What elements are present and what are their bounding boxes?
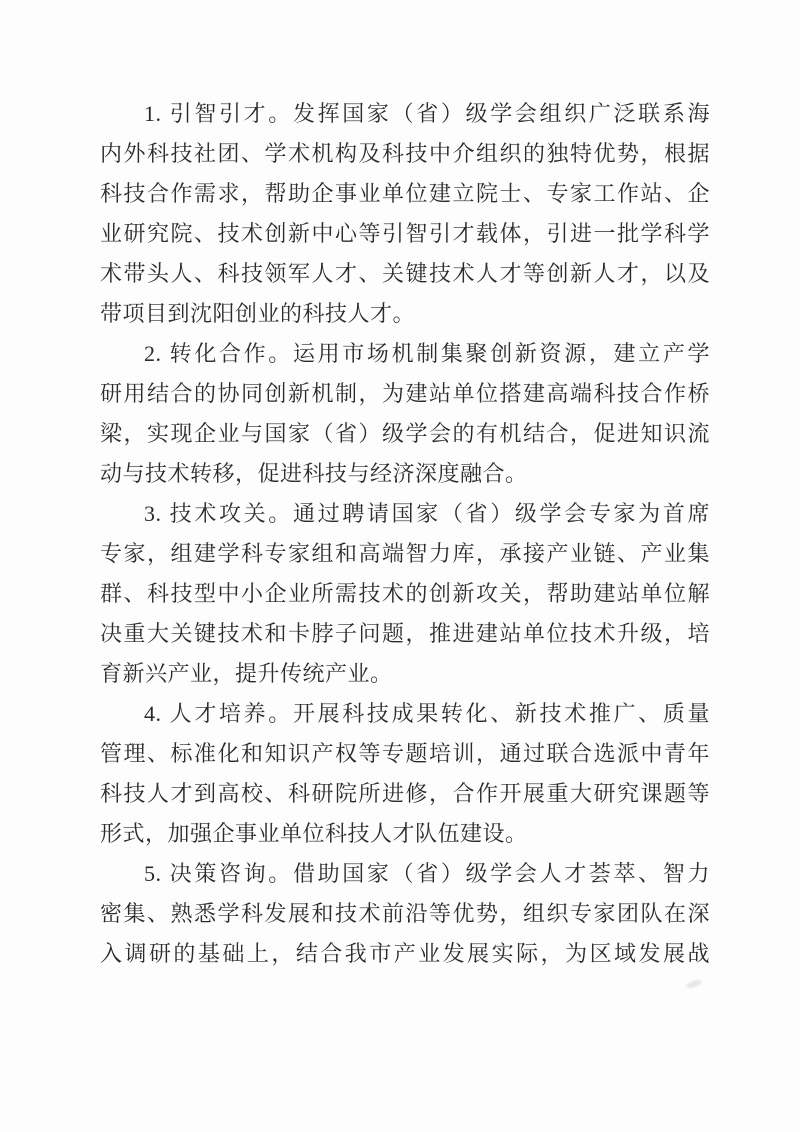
- paragraph-4: 4. 人才培养。开展科技成果转化、新技术推广、质量 管理、标准化和知识产权等专题…: [100, 694, 710, 854]
- text-line: 动与技术转移，促进科技与经济深度融合。: [100, 454, 710, 494]
- text-line: 决重大关键技术和卡脖子问题，推进建站单位技术升级，培: [100, 614, 710, 654]
- text-line: 梁，实现企业与国家（省）级学会的有机结合，促进知识流: [100, 414, 710, 454]
- text-line: 科技人才到高校、科研院所进修，合作开展重大研究课题等: [100, 774, 710, 814]
- text-line: 群、科技型中小企业所需技术的创新攻关，帮助建站单位解: [100, 574, 710, 614]
- text-line: 形式，加强企事业单位科技人才队伍建设。: [100, 814, 710, 854]
- scan-smudge-artifact: [685, 979, 702, 990]
- paragraph-5: 5. 决策咨询。借助国家（省）级学会人才荟萃、智力 密集、熟悉学科发展和技术前沿…: [100, 854, 710, 974]
- paragraph-2: 2. 转化合作。运用市场机制集聚创新资源，建立产学 研用结合的协同创新机制，为建…: [100, 334, 710, 494]
- text-line: 1. 引智引才。发挥国家（省）级学会组织广泛联系海: [100, 94, 710, 134]
- text-line: 育新兴产业，提升传统产业。: [100, 654, 710, 694]
- text-line: 业研究院、技术创新中心等引智引才载体，引进一批学科学: [100, 214, 710, 254]
- text-line: 科技合作需求，帮助企事业单位建立院士、专家工作站、企: [100, 174, 710, 214]
- text-line: 术带头人、科技领军人才、关键技术人才等创新人才，以及: [100, 254, 710, 294]
- text-line: 4. 人才培养。开展科技成果转化、新技术推广、质量: [100, 694, 710, 734]
- text-line: 专家，组建学科专家组和高端智力库，承接产业链、产业集: [100, 534, 710, 574]
- text-line: 3. 技术攻关。通过聘请国家（省）级学会专家为首席: [100, 494, 710, 534]
- text-line: 5. 决策咨询。借助国家（省）级学会人才荟萃、智力: [100, 854, 710, 894]
- text-line: 内外科技社团、学术机构及科技中介组织的独特优势，根据: [100, 134, 710, 174]
- body-text: 1. 引智引才。发挥国家（省）级学会组织广泛联系海 内外科技社团、学术机构及科技…: [100, 94, 710, 974]
- text-line: 入调研的基础上，结合我市产业发展实际，为区域发展战: [100, 934, 710, 974]
- document-page: 1. 引智引才。发挥国家（省）级学会组织广泛联系海 内外科技社团、学术机构及科技…: [0, 0, 800, 1132]
- text-line: 密集、熟悉学科发展和技术前沿等优势，组织专家团队在深: [100, 894, 710, 934]
- text-line: 研用结合的协同创新机制，为建站单位搭建高端科技合作桥: [100, 374, 710, 414]
- text-line: 带项目到沈阳创业的科技人才。: [100, 294, 710, 334]
- paragraph-3: 3. 技术攻关。通过聘请国家（省）级学会专家为首席 专家，组建学科专家组和高端智…: [100, 494, 710, 694]
- text-line: 管理、标准化和知识产权等专题培训，通过联合选派中青年: [100, 734, 710, 774]
- paragraph-1: 1. 引智引才。发挥国家（省）级学会组织广泛联系海 内外科技社团、学术机构及科技…: [100, 94, 710, 334]
- text-line: 2. 转化合作。运用市场机制集聚创新资源，建立产学: [100, 334, 710, 374]
